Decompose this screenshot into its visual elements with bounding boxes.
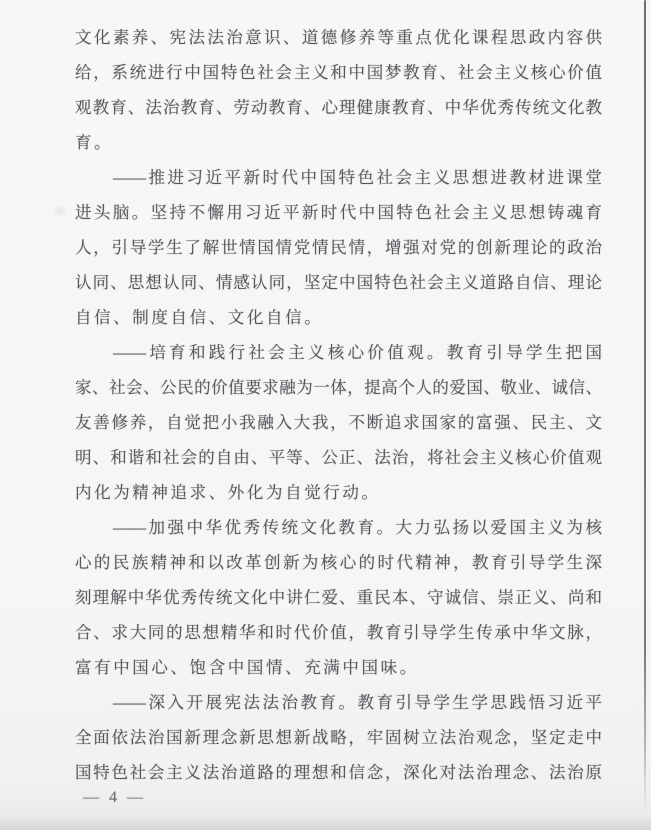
text-line: 富有中国心、饱含中国情、充满中国味。 [75, 650, 602, 685]
text-line: 育。 [75, 125, 602, 160]
scan-bottom-shadow [0, 814, 651, 830]
text-line: 给，系统进行中国特色社会主义和中国梦教育、社会主义核心价值 [75, 55, 602, 90]
text-line: ——培育和践行社会主义核心价值观。教育引导学生把国 [75, 335, 602, 370]
text-line: 明、和谐和社会的自由、平等、公正、法治，将社会主义核心价值观 [75, 440, 602, 475]
page-number: — 4 — [83, 789, 146, 807]
text-line: 友善修养，自觉把小我融入大我，不断追求国家的富强、民主、文 [75, 405, 602, 440]
document-body-text: 文化素养、宪法法治意识、道德修养等重点优化课程思政内容供给，系统进行中国特色社会… [75, 20, 602, 790]
scan-edge-artifact [644, 0, 646, 830]
text-line: 全面依法治国新理念新思想新战略，牢固树立法治观念，坚定走中 [75, 720, 602, 755]
text-line: 观教育、法治教育、劳动教育、心理健康教育、中华优秀传统文化教 [75, 90, 602, 125]
text-line: ——推进习近平新时代中国特色社会主义思想进教材进课堂 [75, 160, 602, 195]
text-line: 认同、思想认同、情感认同，坚定中国特色社会主义道路自信、理论 [75, 265, 602, 300]
text-line: 内化为精神追求、外化为自觉行动。 [75, 475, 602, 510]
scan-smudge-artifact [55, 208, 65, 214]
text-line: 国特色社会主义法治道路的理想和信念，深化对法治理念、法治原 [75, 755, 602, 790]
text-line: 人，引导学生了解世情国情党情民情，增强对党的创新理论的政治 [75, 230, 602, 265]
text-line: 自信、制度自信、文化自信。 [75, 300, 602, 335]
text-line: 文化素养、宪法法治意识、道德修养等重点优化课程思政内容供 [75, 20, 602, 55]
scanned-document-page: 文化素养、宪法法治意识、道德修养等重点优化课程思政内容供给，系统进行中国特色社会… [0, 0, 651, 830]
text-line: ——深入开展宪法法治教育。教育引导学生学思践悟习近平 [75, 685, 602, 720]
text-line: 家、社会、公民的价值要求融为一体，提高个人的爱国、敬业、诚信、 [75, 370, 602, 405]
text-line: 合、求大同的思想精华和时代价值，教育引导学生传承中华文脉， [75, 615, 602, 650]
text-line: 心的民族精神和以改革创新为核心的时代精神，教育引导学生深 [75, 545, 602, 580]
text-line: 刻理解中华优秀传统文化中讲仁爱、重民本、守诚信、崇正义、尚和 [75, 580, 602, 615]
text-line: ——加强中华优秀传统文化教育。大力弘扬以爱国主义为核 [75, 510, 602, 545]
text-line: 进头脑。坚持不懈用习近平新时代中国特色社会主义思想铸魂育 [75, 195, 602, 230]
